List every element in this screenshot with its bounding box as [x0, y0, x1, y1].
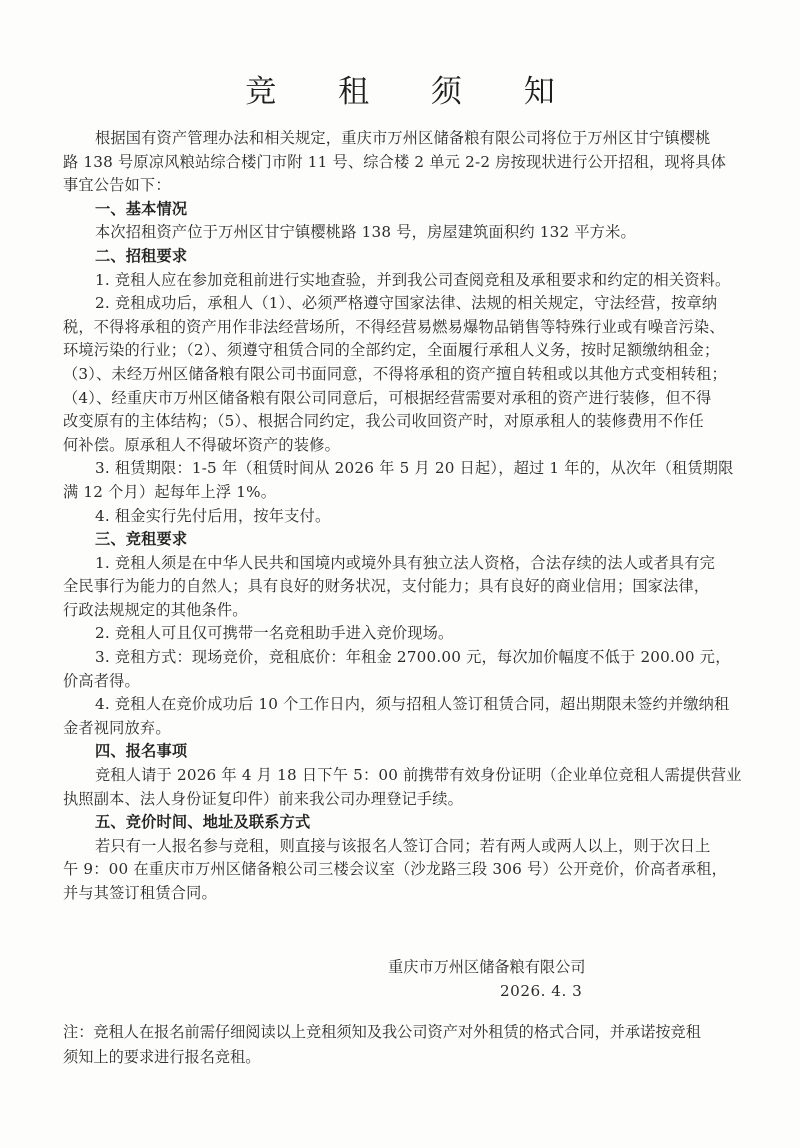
- signature-company: 重庆市万州区储备粮有限公司: [388, 955, 585, 979]
- footnote-line: 须知上的要求进行报名竞租。: [63, 1045, 701, 1070]
- paragraph-line: 何补偿。原承租人不得破坏资产的装修。: [63, 434, 753, 458]
- section-heading-registration: 四、报名事项: [63, 740, 753, 764]
- paragraph-line: 3. 竞租方式：现场竞价，竞租底价：年租金 2700.00 元，每次加价幅度不低…: [63, 646, 753, 670]
- intro-line: 路 138 号原凉风粮站综合楼门市附 11 号、综合楼 2 单元 2-2 房按现…: [63, 151, 753, 175]
- paragraph-line: （4）、经重庆市万州区储备粮有限公司同意后，可根据经营需要对承租的资产进行装修，…: [63, 387, 753, 411]
- paragraph-line: 价高者得。: [63, 670, 753, 694]
- intro-line: 事宜公告如下：: [63, 174, 753, 198]
- section-heading-bidding-requirements: 三、竞租要求: [63, 528, 753, 552]
- paragraph-line: 4. 竞租人在竞价成功后 10 个工作日内，须与招租人签订租赁合同，超出期限未签…: [63, 693, 753, 717]
- signature-date: 2026. 4. 3: [388, 979, 585, 1003]
- intro-line: 根据国有资产管理办法和相关规定，重庆市万州区储备粮有限公司将位于万州区甘宁镇樱桃: [63, 127, 753, 151]
- paragraph-line: 并与其签订租赁合同。: [63, 882, 753, 906]
- paragraph-line: 3. 租赁期限：1-5 年（租赁时间从 2026 年 5 月 20 日起），超过…: [63, 457, 753, 481]
- section-heading-basic-info: 一、基本情况: [63, 198, 753, 222]
- paragraph-line: 1. 竞租人应在参加竞租前进行实地查验，并到我公司查阅竞租及承租要求和约定的相关…: [63, 269, 753, 293]
- footnote-line: 注：竞租人在报名前需仔细阅读以上竞租须知及我公司资产对外租赁的格式合同，并承诺按…: [63, 1020, 701, 1045]
- paragraph-line: 金者视同放弃。: [63, 717, 753, 741]
- paragraph-line: 满 12 个月）起每年上浮 1%。: [63, 481, 753, 505]
- signature-block: 重庆市万州区储备粮有限公司 2026. 4. 3: [388, 955, 585, 1003]
- paragraph-line: 4. 租金实行先付后用，按年支付。: [63, 505, 753, 529]
- paragraph-line: 执照副本、法人身份证复印件）前来我公司办理登记手续。: [63, 788, 753, 812]
- paragraph-line: 本次招租资产位于万州区甘宁镇樱桃路 138 号，房屋建筑面积约 132 平方米。: [63, 221, 753, 245]
- paragraph-line: 若只有一人报名参与竞租，则直接与该报名人签订合同；若有两人或两人以上，则于次日上: [63, 835, 753, 859]
- paragraph-line: 2. 竞租人可且仅可携带一名竞租助手进入竞价现场。: [63, 622, 753, 646]
- section-heading-lease-requirements: 二、招租要求: [63, 245, 753, 269]
- document-title: 竞 租 须 知: [0, 74, 800, 110]
- paragraph-line: 2. 竞租成功后，承租人（1）、必须严格遵守国家法律、法规的相关规定，守法经营，…: [63, 292, 753, 316]
- document-body: 根据国有资产管理办法和相关规定，重庆市万州区储备粮有限公司将位于万州区甘宁镇樱桃…: [63, 127, 753, 906]
- paragraph-line: 行政法规规定的其他条件。: [63, 599, 753, 623]
- footnote: 注：竞租人在报名前需仔细阅读以上竞租须知及我公司资产对外租赁的格式合同，并承诺按…: [63, 1020, 701, 1070]
- paragraph-line: 全民事行为能力的自然人；具有良好的财务状况，支付能力；具有良好的商业信用；国家法…: [63, 575, 753, 599]
- paragraph-line: 环境污染的行业；（2）、须遵守租赁合同的全部约定，全面履行承租人义务，按时足额缴…: [63, 339, 753, 363]
- paragraph-line: 竞租人请于 2026 年 4 月 18 日下午 5：00 前携带有效身份证明（企…: [63, 764, 753, 788]
- paragraph-line: （3）、未经万州区储备粮有限公司书面同意，不得将承租的资产擅自转租或以其他方式变…: [63, 363, 753, 387]
- paragraph-line: 午 9：00 在重庆市万州区储备粮公司三楼会议室（沙龙路三段 306 号）公开竞…: [63, 858, 753, 882]
- paragraph-line: 税，不得将承租的资产用作非法经营场所，不得经营易燃易爆物品销售等特殊行业或有噪音…: [63, 316, 753, 340]
- paragraph-line: 改变原有的主体结构；（5）、根据合同约定，我公司收回资产时，对原承租人的装修费用…: [63, 410, 753, 434]
- paragraph-line: 1. 竞租人须是在中华人民共和国境内或境外具有独立法人资格，合法存续的法人或者具…: [63, 552, 753, 576]
- section-heading-auction-time-location: 五、竞价时间、地址及联系方式: [63, 811, 753, 835]
